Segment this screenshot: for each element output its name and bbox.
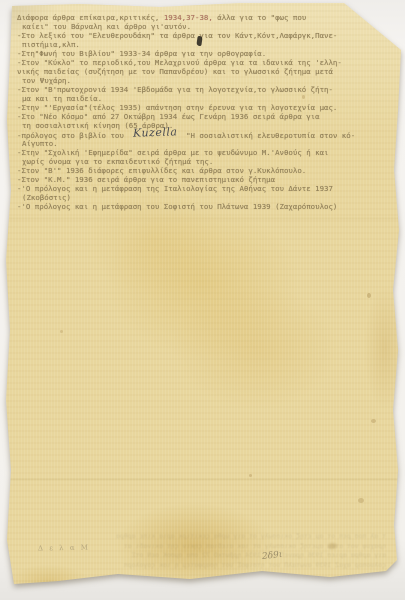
- typed-text: -Στον "Β'" 1936 διάφορες επιφυλλίδες και…: [17, 166, 306, 175]
- red-margin-mark: [1, 54, 10, 57]
- paper-surface: Διάφορα άρθρα επίκαιρα,κριτικές, 1934,37…: [0, 0, 405, 600]
- stain-spot: [371, 419, 376, 423]
- stain-spot: [358, 498, 364, 503]
- typed-text: -Στον "Κύκλο" το περιοδικό,του Μελαχρινο…: [17, 58, 342, 67]
- typed-text: (Ζκοβόστις): [22, 193, 71, 202]
- bleed-line: ςολυοπορ αχαΖ 1939 ανωταλΠ υοτ ητσιφοΣ υ…: [18, 561, 386, 571]
- text-line: Διάφορα άρθρα επίκαιρα,κριτικές, 1934,37…: [17, 13, 395, 22]
- typed-text: -Στην "'Εργασία"(τέλος 1935) απάντηση στ…: [17, 103, 337, 112]
- paper: Διάφορα άρθρα επίκαιρα,κριτικές, 1934,37…: [0, 0, 405, 600]
- text-line: τον Ψυχάρη.: [17, 76, 395, 85]
- typed-text: -Στην "Σχολική 'Εφημερίδα" σειρά άρθρα μ…: [17, 148, 328, 157]
- typed-text: -Στο λεξικό του "Ελευθερουδάκη" τα άρθρα…: [17, 31, 337, 40]
- red-pencil-text: 1934,37-38,: [164, 13, 213, 22]
- stain-spot: [60, 330, 63, 333]
- typed-text: άλλα για το "φως που: [213, 13, 306, 22]
- typed-text: Διάφορα άρθρα επίκαιρα,κριτικές,: [17, 13, 164, 22]
- typed-text: τον Ψυχάρη.: [22, 76, 71, 85]
- typed-text: νικής παιδείας (συζήτηση με τον Παπανδρέ…: [17, 67, 333, 76]
- typed-text: -Στον "Κ.Μ." 1936 σειρά άρθρα για το παν…: [17, 175, 275, 184]
- typed-text: -Στη"Φωνή του Βιβλίου" 1933-34 άρθρα για…: [17, 49, 266, 58]
- text-line: χωρίς όνομα για το εκπαιδευτικό ζήτημά τ…: [17, 157, 395, 166]
- text-line: -Στον "Β'πρωτοχρονιά 1934 'Εβδομάδα για …: [17, 85, 395, 94]
- bottom-right-pencil-mark: 2δ9ι: [262, 550, 283, 562]
- text-line: -Στον "Κ.Μ." 1936 σειρά άρθρα για το παν…: [17, 175, 395, 184]
- text-line: -Στην "'Εργασία"(τέλος 1935) απάντηση στ…: [17, 103, 395, 112]
- text-line: -Στον "Β'" 1936 διάφορες επιφυλλίδες και…: [17, 166, 395, 175]
- text-line: -Στο λεξικό του "Ελευθερουδάκη" τα άρθρα…: [17, 31, 395, 40]
- text-line: -'Ο πρόλογος και η μετάφραση της Ιταλιολ…: [17, 184, 395, 193]
- typed-text: μα και τη παιδεία.: [22, 94, 102, 103]
- handwritten-word: Kuzella: [133, 127, 178, 138]
- text-line: -'Ο πρόλογος και η μετάφραση του Σοφιστή…: [17, 202, 395, 211]
- scan-background: Διάφορα άρθρα επίκαιρα,κριτικές, 1934,37…: [0, 0, 405, 600]
- stain-spot: [302, 95, 305, 99]
- typed-text: χωρίς όνομα για το εκπαιδευτικό ζήτημά τ…: [22, 157, 213, 166]
- bleed-line: αιγ αρθρα αριεσ 1936 ηρανεΓ ςωε 1934 ηρβ…: [18, 551, 386, 561]
- typed-text: καίει" του Βάρναλη και άρθρο γι'αυτόν.: [22, 22, 191, 31]
- typed-text: -Στο "Νέο Κόσμο" από 27 Οκτώβρη 1934 έως…: [17, 112, 320, 121]
- stain-spot: [249, 474, 252, 477]
- text-line: -Στο "Νέο Κόσμο" από 27 Οκτώβρη 1934 έως…: [17, 112, 395, 121]
- text-line: τη σοσιαλιστική κίνηση (65 άρθρα).: [17, 121, 395, 130]
- text-line: (Ζκοβόστις): [17, 193, 395, 202]
- typed-text: -'Ο πρόλογος και η μετάφραση του Σοφιστή…: [17, 202, 337, 211]
- typed-text: πιστήμια,κλπ.: [22, 40, 80, 49]
- text-line: -Στον "Κύκλο" το περιοδικό,του Μελαχρινο…: [17, 58, 395, 67]
- text-line: -Στην "Σχολική 'Εφημερίδα" σειρά άρθρα μ…: [17, 148, 395, 157]
- typed-text: -'Ο πρόλογος και η μετάφραση της Ιταλιολ…: [17, 184, 333, 193]
- typed-text: "Η σοσιαλιστική ελευθεροτυπία στον κό-: [177, 131, 355, 140]
- text-line: -Στη"Φωνή του Βιβλίου" 1933-34 άρθρα για…: [17, 49, 395, 58]
- typed-text: -Στον "Β'πρωτοχρονιά 1934 'Εβδομάδα για …: [17, 85, 333, 94]
- stain-spot: [367, 293, 371, 298]
- bottom-left-pencil-mark: Δ ε λ α Μ: [38, 544, 90, 553]
- text-line: -πρόλογος στο βιβλίο του Kuzella "Η σοσι…: [17, 130, 395, 139]
- text-line: πιστήμια,κλπ.: [17, 40, 395, 49]
- typewritten-text: Διάφορα άρθρα επίκαιρα,κριτικές, 1934,37…: [17, 13, 395, 211]
- typed-text: Αίγυπτο.: [22, 139, 58, 148]
- bleed-line: τ αλ ποσ ρεπ οτ αμ ετηζ οκισσωλγ οτ αιγ …: [18, 532, 386, 542]
- text-line: Αίγυπτο.: [17, 139, 395, 148]
- text-line: νικής παιδείας (συζήτηση με τον Παπανδρέ…: [17, 67, 395, 76]
- text-line: μα και τη παιδεία.: [17, 94, 395, 103]
- text-line: καίει" του Βάρναλη και άρθρο γι'αυτόν.: [17, 22, 395, 31]
